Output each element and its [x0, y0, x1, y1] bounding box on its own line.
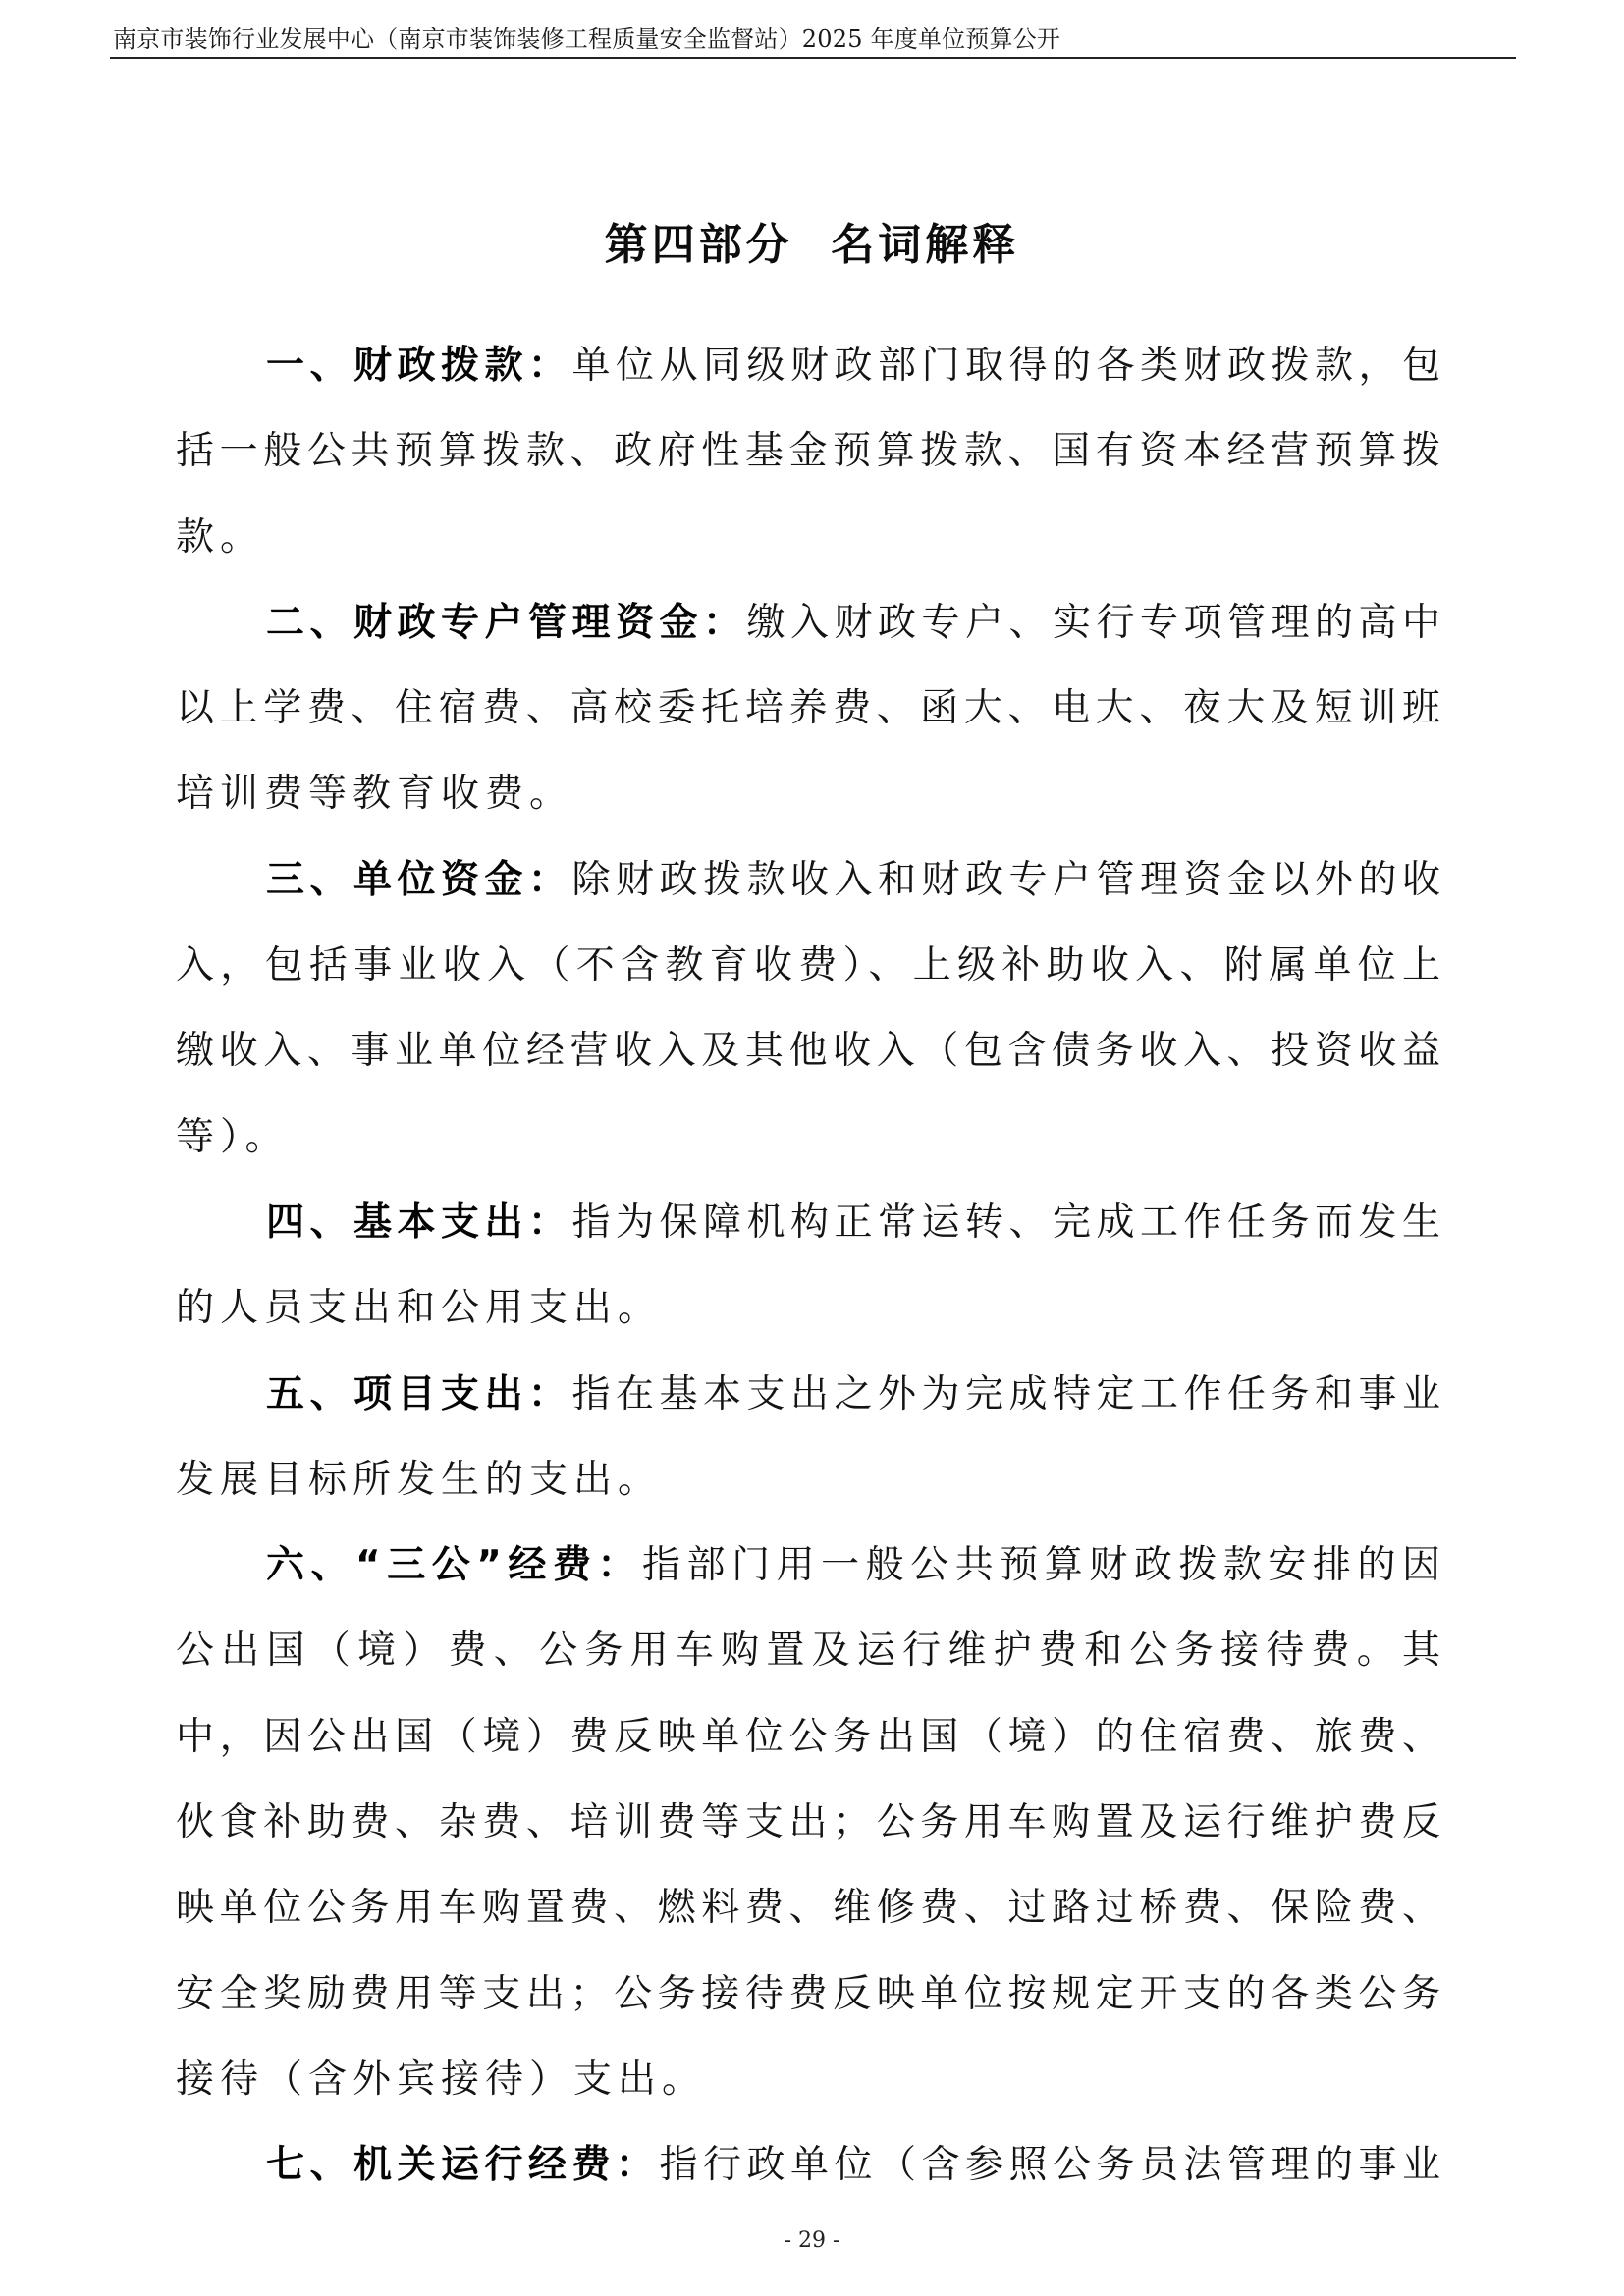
- header-divider: [110, 57, 1516, 59]
- definition-text: 指行政单位（含参照公务员法管理的事业: [660, 2143, 1440, 2187]
- page-header: 南京市装饰行业发展中心（南京市装饰装修工程质量安全监督站）2025 年度单位预算…: [110, 22, 1516, 59]
- paragraph-line: 接待（含外宾接待）支出。: [176, 2037, 1440, 2122]
- term-label: 六、“三公”经费：: [266, 1543, 642, 1587]
- document-body: 一、财政拨款：单位从同级财政部门取得的各类财政拨款，包 括一般公共预算拨款、政府…: [176, 323, 1440, 2209]
- paragraph-line: 五、项目支出：指在基本支出之外为完成特定工作任务和事业: [176, 1352, 1440, 1437]
- term-label: 四、基本支出：: [266, 1201, 572, 1245]
- paragraph-line: 以上学费、住宿费、高校委托培养费、函大、电大、夜大及短训班: [176, 666, 1440, 751]
- term-label: 二、财政专户管理资金：: [266, 601, 747, 645]
- definition-text: 指部门用一般公共预算财政拨款安排的因: [642, 1543, 1440, 1587]
- term-label: 三、单位资金：: [266, 858, 572, 902]
- paragraph-line: 发展目标所发生的支出。: [176, 1437, 1440, 1522]
- section-title: 第四部分 名词解释: [0, 218, 1624, 273]
- paragraph-line: 培训费等教育收费。: [176, 751, 1440, 836]
- paragraph-line: 四、基本支出：指为保障机构正常运转、完成工作任务而发生: [176, 1180, 1440, 1265]
- definition-text: 单位从同级财政部门取得的各类财政拨款，包: [572, 344, 1440, 388]
- paragraph-line: 三、单位资金：除财政拨款收入和财政专户管理资金以外的收: [176, 837, 1440, 923]
- paragraph-line: 中，因公出国（境）费反映单位公务出国（境）的住宿费、旅费、: [176, 1694, 1440, 1780]
- paragraph-line: 映单位公务用车购置费、燃料费、维修费、过路过桥费、保险费、: [176, 1865, 1440, 1950]
- paragraph-line: 公出国（境）费、公务用车购置及运行维护费和公务接待费。其: [176, 1608, 1440, 1693]
- paragraph-line: 款。: [176, 495, 1440, 580]
- page-header-text: 南京市装饰行业发展中心（南京市装饰装修工程质量安全监督站）2025 年度单位预算…: [113, 25, 1060, 54]
- paragraph-line: 二、财政专户管理资金：缴入财政专户、实行专项管理的高中: [176, 580, 1440, 666]
- paragraph-line: 伙食补助费、杂费、培训费等支出；公务用车购置及运行维护费反: [176, 1780, 1440, 1865]
- definition-text: 指在基本支出之外为完成特定工作任务和事业: [572, 1372, 1440, 1416]
- term-label: 五、项目支出：: [266, 1372, 572, 1416]
- term-label: 一、财政拨款：: [266, 344, 572, 388]
- definition-text: 指为保障机构正常运转、完成工作任务而发生: [572, 1201, 1440, 1245]
- paragraph-line: 括一般公共预算拨款、政府性基金预算拨款、国有资本经营预算拨: [176, 408, 1440, 494]
- paragraph-line: 入，包括事业收入（不含教育收费）、上级补助收入、附属单位上: [176, 923, 1440, 1008]
- paragraph-line: 六、“三公”经费：指部门用一般公共预算财政拨款安排的因: [176, 1522, 1440, 1608]
- paragraph-line: 七、机关运行经费：指行政单位（含参照公务员法管理的事业: [176, 2122, 1440, 2208]
- paragraph-line: 安全奖励费用等支出；公务接待费反映单位按规定开支的各类公务: [176, 1951, 1440, 2037]
- paragraph-line: 的人员支出和公用支出。: [176, 1265, 1440, 1351]
- definition-text: 除财政拨款收入和财政专户管理资金以外的收: [572, 858, 1440, 902]
- term-label: 七、机关运行经费：: [266, 2143, 660, 2187]
- definition-text: 缴入财政专户、实行专项管理的高中: [747, 601, 1440, 645]
- paragraph-line: 一、财政拨款：单位从同级财政部门取得的各类财政拨款，包: [176, 323, 1440, 408]
- paragraph-line: 等）。: [176, 1095, 1440, 1180]
- page-number: - 29 -: [0, 2226, 1624, 2256]
- paragraph-line: 缴收入、事业单位经营收入及其他收入（包含债务收入、投资收益: [176, 1008, 1440, 1094]
